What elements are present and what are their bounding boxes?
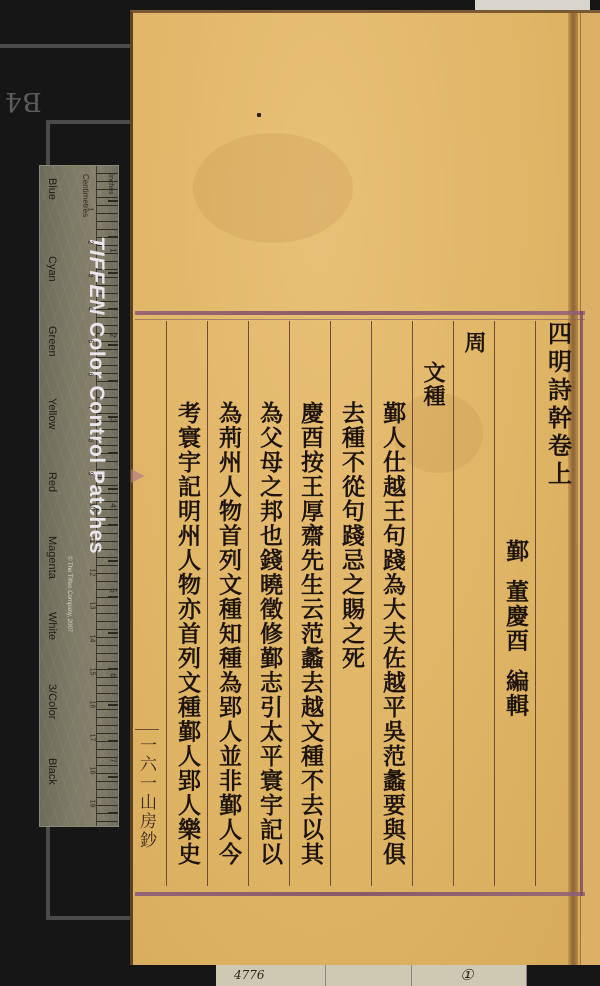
body-column: 為荊州人物首列文種知種為郢人並非鄞人今 [207,321,248,886]
body-column: 為父母之邦也錢曉徵修鄞志引太平寰宇記以 [248,321,289,886]
ink-speck [257,113,261,117]
cm-tick: 15 [88,668,95,676]
cm-tick: 9 [86,472,93,476]
body-column: 考寰宇記明州人物亦首列文種鄞人郢人樂史 [166,321,207,886]
author-column: 鄞董慶酉編輯 [494,321,535,886]
cm-tick: 5 [86,340,93,344]
cm-tick: 4 [86,307,93,311]
catalog-number-label: 4776 [216,965,326,986]
cm-tick: 6 [86,373,93,377]
author-role: 編輯 [502,669,529,718]
fish-tail-mark [131,469,145,483]
cm-tick: 14 [88,635,95,643]
body-text: 去種不從句踐忌之賜之死 [331,401,371,671]
inch-tick: 7 [108,758,117,762]
cm-tick: 19 [88,800,95,808]
subject-column: 文種 [412,321,453,886]
frame-top-inner-rule [135,319,585,320]
inches-label: Inches [107,174,114,195]
cm-tick: 11 [88,536,95,543]
cm-tick: 8 [86,439,93,443]
patch-label-3color: 3/Color [46,684,58,719]
body-column: 鄞人仕越王句踐為大夫佐越平吳范蠡要與俱 [371,321,412,886]
text-columns: 四明詩幹卷上 鄞董慶酉編輯 周 文種 鄞人仕越王句踐為大夫佐越平吳范蠡要與俱 去… [159,321,579,886]
patch-label-blue: Blue [46,178,58,200]
author-place: 鄞 [502,539,529,564]
cm-tick: 18 [88,767,95,775]
color-control-strip: Centimetres Inches TIFFEN Color Control … [39,165,119,827]
patch-label-cyan: Cyan [46,256,58,282]
blank-label [326,965,412,986]
body-text: 鄞人仕越王句踐為大夫佐越平吳范蠡要與俱 [372,401,412,867]
patch-label-red: Red [46,472,58,492]
block-heart-margin: 一六一山房鈔 [135,729,159,891]
inch-tick: 6 [108,673,117,677]
top-paper-tab [475,0,590,10]
dynasty-heading: 周 [454,331,494,355]
copyright-text: © The Tiffen Company, 2007 [66,556,72,632]
subject-name: 文種 [413,361,453,408]
book-title: 四明詩幹卷上 [538,321,578,489]
book-page: 四明詩幹卷上 鄞董慶酉編輯 周 文種 鄞人仕越王句踐為大夫佐越平吳范蠡要與俱 去… [130,10,600,965]
volume-mark-label: ① [412,965,527,986]
board-label: B4 [4,86,42,116]
body-text: 慶酉按王厚齋先生云范蠡去越文種不去以其 [290,401,330,867]
cm-tick: 16 [88,701,95,709]
cm-tick: 3 [86,274,93,278]
frame-top-rule [135,311,585,315]
patch-label-yellow: Yellow [46,398,58,429]
patch-label-magenta: Magenta [46,536,58,579]
studio-name: 一六一山房鈔 [135,730,157,850]
patch-label-white: White [46,612,58,640]
title-column: 四明詩幹卷上 [535,321,579,886]
body-column: 去種不從句踐忌之賜之死 [330,321,371,886]
body-text: 考寰宇記明州人物亦首列文種鄞人郢人樂史 [167,401,207,867]
ruler-ticks [108,166,118,826]
cm-tick: 13 [88,602,95,610]
inch-tick: 1 [108,248,117,252]
frame-bottom-rule [135,892,585,896]
inch-tick: 2 [108,333,117,337]
author-name: 董慶酉 [502,580,529,654]
cm-tick: 2 [86,241,93,245]
body-text: 為荊州人物首列文種知種為郢人並非鄞人今 [208,401,248,867]
dynasty-column: 周 [453,321,494,886]
inch-tick: 5 [108,588,117,592]
cm-tick: 10 [88,503,95,511]
cm-tick: 17 [88,734,95,742]
cm-tick: 7 [86,406,93,410]
patch-label-black: Black [46,758,58,785]
patch-label-green: Green [46,326,58,357]
printed-block-frame: 四明詩幹卷上 鄞董慶酉編輯 周 文種 鄞人仕越王句踐為大夫佐越平吳范蠡要與俱 去… [135,311,585,896]
body-column: 慶酉按王厚齋先生云范蠡去越文種不去以其 [289,321,330,886]
body-text: 為父母之邦也錢曉徵修鄞志引太平寰宇記以 [249,401,289,867]
inch-tick: 4 [108,503,117,507]
author-credit: 鄞董慶酉編輯 [495,539,535,718]
frame-right-rule [580,311,583,896]
inch-tick: 3 [108,418,117,422]
board-divider [0,44,130,48]
paper-stain [193,133,353,243]
cm-tick: 1 [86,208,93,212]
cm-tick: 12 [88,569,95,577]
